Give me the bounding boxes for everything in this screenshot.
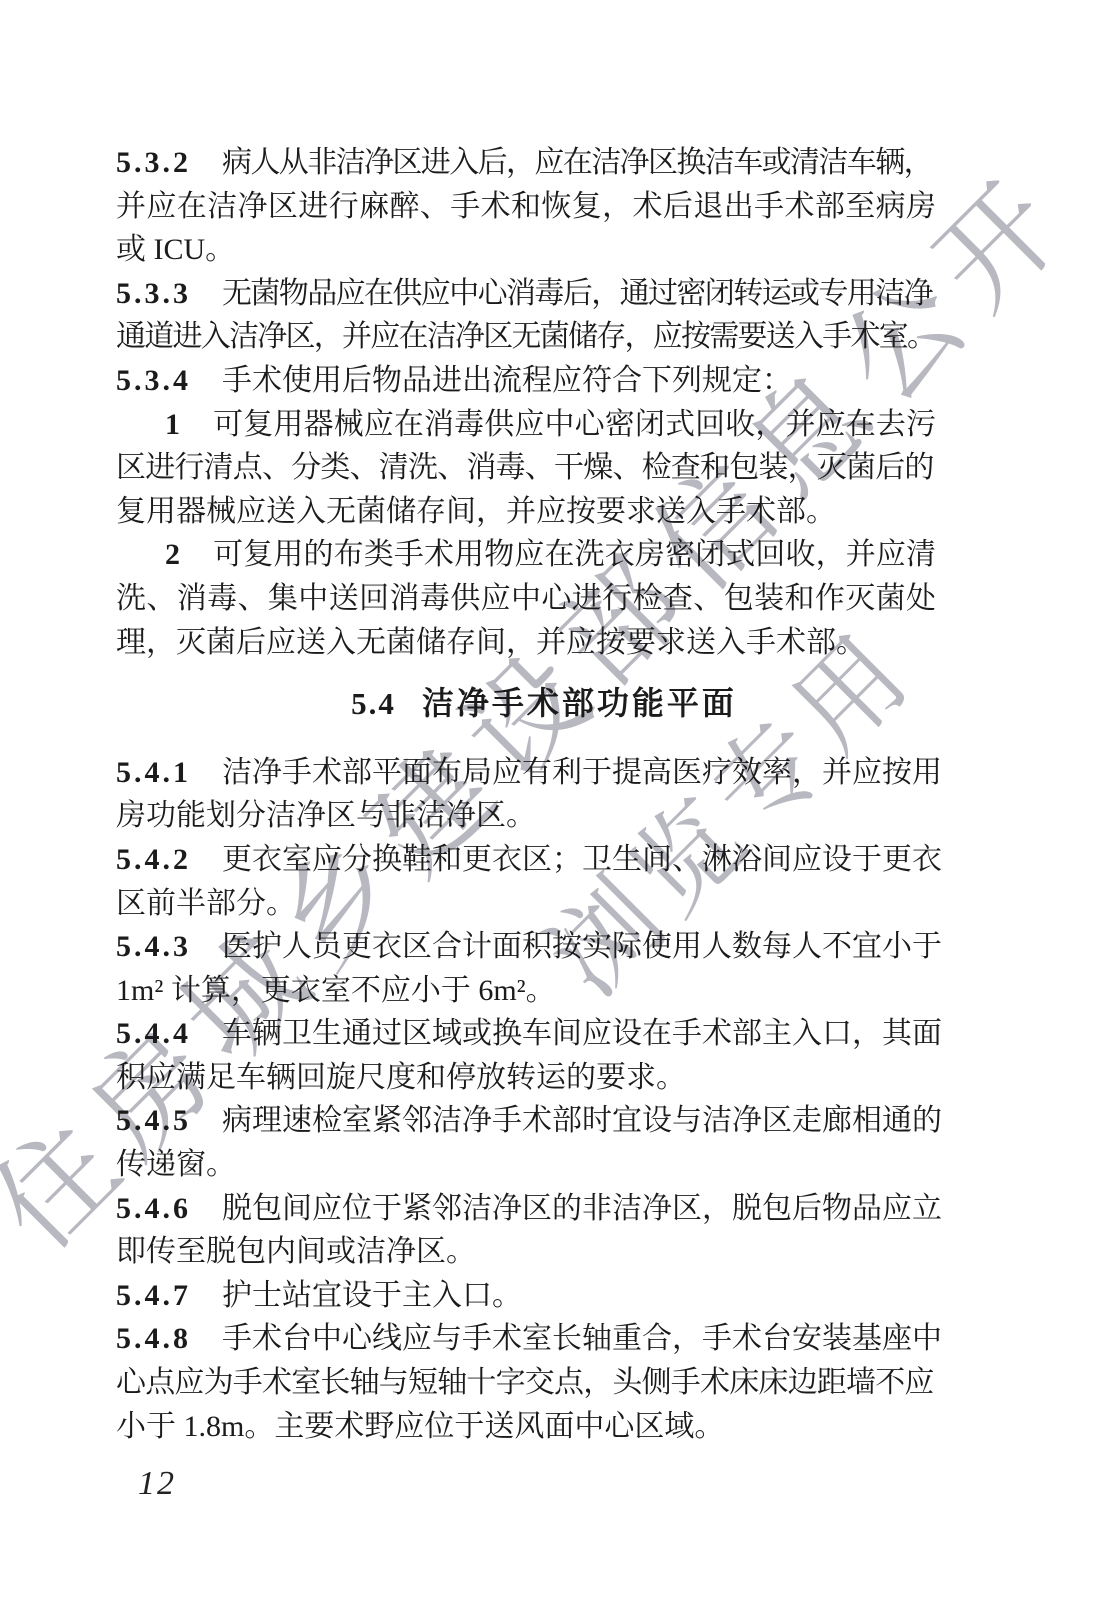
clause-line: 5.3.3无菌物品应在供应中心消毒后，通过密闭转运或专用洁净: [116, 272, 936, 316]
clause-number: 5.4.6: [116, 1192, 191, 1225]
clause-line: 5.4.6脱包间应位于紧邻洁净区的非洁净区，脱包后物品应立: [116, 1187, 936, 1231]
clause-line: 5.4.8手术台中心线应与手术室长轴重合，手术台安装基座中: [116, 1317, 936, 1361]
page-number: 12: [138, 1465, 936, 1503]
continuation-line: 并应在洁净区进行麻醉、手术和恢复，术后退出手术部至病房: [116, 185, 936, 229]
line-text: 手术使用后物品进出流程应符合下列规定：: [222, 364, 792, 397]
line-text: 房功能划分洁净区与非洁净区。: [116, 799, 536, 832]
clause-line: 5.4.5病理速检室紧邻洁净手术部时宜设与洁净区走廊相通的: [116, 1099, 936, 1143]
line-text: 车辆卫生通过区域或换车间应设在手术部主入口，其面: [222, 1017, 942, 1050]
document-body: 5.3.2病人从非洁净区进入后，应在洁净区换洁车或清洁车辆，并应在洁净区进行麻醉…: [0, 0, 936, 1503]
section-heading: 5.4洁净手术部功能平面: [134, 682, 954, 726]
line-text: 病人从非洁净区进入后，应在洁净区换洁车或清洁车辆，: [222, 146, 932, 179]
clause-line: 5.4.3医护人员更衣区合计面积按实际使用人数每人不宜小于: [116, 925, 936, 969]
line-text: 积应满足车辆回旋尺度和停放转运的要求。: [116, 1061, 686, 1094]
line-text: 脱包间应位于紧邻洁净区的非洁净区，脱包后物品应立: [222, 1192, 942, 1225]
list-item-line: 1可复用器械应在消毒供应中心密闭式回收，并应在去污: [116, 403, 936, 447]
line-text: 通道进入洁净区，并应在洁净区无菌储存，应按需要送入手术室。: [116, 320, 935, 353]
clause-line: 5.4.7护士站宜设于主入口。: [116, 1274, 936, 1318]
clause-line: 5.4.4车辆卫生通过区域或换车间应设在手术部主入口，其面: [116, 1012, 936, 1056]
continuation-line: 1m² 计算，更衣室不应小于 6m²。: [116, 969, 936, 1013]
continuation-line: 或 ICU。: [116, 228, 936, 272]
line-text: 区进行清点、分类、清洗、消毒、干燥、检查和包装，灭菌后的: [116, 451, 934, 484]
list-item-line: 2可复用的布类手术用物应在洗衣房密闭式回收，并应清: [116, 533, 936, 577]
line-text: 区前半部分。: [116, 887, 296, 920]
clause-number: 5.3.2: [116, 146, 191, 179]
continuation-line: 房功能划分洁净区与非洁净区。: [116, 794, 936, 838]
document-page: 住房城乡建设部信息公开 浏览专用 5.3.2病人从非洁净区进入后，应在洁净区换洁…: [0, 0, 1103, 1598]
section-title: 洁净手术部功能平面: [422, 685, 737, 721]
line-text: 小于 1.8m。主要术野应位于送风面中心区域。: [116, 1410, 724, 1443]
clause-number: 5.4.2: [116, 843, 191, 876]
continuation-line: 通道进入洁净区，并应在洁净区无菌储存，应按需要送入手术室。: [116, 315, 936, 359]
line-text: 可复用器械应在消毒供应中心密闭式回收，并应在去污: [213, 408, 936, 441]
line-text: 可复用的布类手术用物应在洗衣房密闭式回收，并应清: [213, 538, 936, 571]
line-text: 医护人员更衣区合计面积按实际使用人数每人不宜小于: [222, 930, 942, 963]
continuation-line: 复用器械应送入无菌储存间，并应按要求送入手术部。: [116, 490, 936, 534]
continuation-line: 积应满足车辆回旋尺度和停放转运的要求。: [116, 1056, 936, 1100]
clause-line: 5.4.1洁净手术部平面布局应有利于提高医疗效率，并应按用: [116, 751, 936, 795]
line-text: 护士站宜设于主入口。: [222, 1279, 522, 1312]
clause-line: 5.3.4手术使用后物品进出流程应符合下列规定：: [116, 359, 936, 403]
clause-number: 5.4.3: [116, 930, 191, 963]
line-text: 复用器械应送入无菌储存间，并应按要求送入手术部。: [116, 495, 836, 528]
clause-number: 5.4.1: [116, 756, 191, 789]
clause-number: 5.4.8: [116, 1322, 191, 1355]
line-text: 并应在洁净区进行麻醉、手术和恢复，术后退出手术部至病房: [116, 190, 936, 223]
continuation-line: 即传至脱包内间或洁净区。: [116, 1230, 936, 1274]
clause-number: 5.3.4: [116, 364, 191, 397]
line-text: 心点应为手术室长轴与短轴十字交点，头侧手术床床边距墙不应: [116, 1366, 934, 1399]
item-number: 2: [165, 538, 180, 571]
clause-number: 5.4.4: [116, 1017, 191, 1050]
line-text: 洗、消毒、集中送回消毒供应中心进行检查、包装和作灭菌处: [116, 582, 936, 615]
continuation-line: 心点应为手术室长轴与短轴十字交点，头侧手术床床边距墙不应: [116, 1361, 936, 1405]
line-text: 洁净手术部平面布局应有利于提高医疗效率，并应按用: [222, 756, 942, 789]
clause-line: 5.4.2更衣室应分换鞋和更衣区；卫生间、淋浴间应设于更衣: [116, 838, 936, 882]
clause-line: 5.3.2病人从非洁净区进入后，应在洁净区换洁车或清洁车辆，: [116, 141, 936, 185]
line-text: 即传至脱包内间或洁净区。: [116, 1235, 476, 1268]
continuation-line: 区进行清点、分类、清洗、消毒、干燥、检查和包装，灭菌后的: [116, 446, 936, 490]
line-text: 传递窗。: [116, 1148, 236, 1181]
line-text: 无菌物品应在供应中心消毒后，通过密闭转运或专用洁净: [222, 277, 932, 310]
continuation-line: 洗、消毒、集中送回消毒供应中心进行检查、包装和作灭菌处: [116, 577, 936, 621]
line-text: 更衣室应分换鞋和更衣区；卫生间、淋浴间应设于更衣: [222, 843, 942, 876]
line-text: 手术台中心线应与手术室长轴重合，手术台安装基座中: [222, 1322, 942, 1355]
text-block: 5.3.2病人从非洁净区进入后，应在洁净区换洁车或清洁车辆，并应在洁净区进行麻醉…: [116, 141, 936, 1448]
continuation-line: 小于 1.8m。主要术野应位于送风面中心区域。: [116, 1405, 936, 1449]
clause-number: 5.4.7: [116, 1279, 191, 1312]
line-text: 理，灭菌后应送入无菌储存间，并应按要求送入手术部。: [116, 626, 866, 659]
clause-number: 5.3.3: [116, 277, 191, 310]
line-text: 或 ICU。: [116, 233, 235, 266]
line-text: 病理速检室紧邻洁净手术部时宜设与洁净区走廊相通的: [222, 1104, 942, 1137]
continuation-line: 区前半部分。: [116, 882, 936, 926]
continuation-line: 传递窗。: [116, 1143, 936, 1187]
line-text: 1m² 计算，更衣室不应小于 6m²。: [116, 974, 556, 1007]
item-number: 1: [165, 408, 180, 441]
clause-number: 5.4.5: [116, 1104, 191, 1137]
section-number: 5.4: [351, 686, 396, 721]
continuation-line: 理，灭菌后应送入无菌储存间，并应按要求送入手术部。: [116, 621, 936, 665]
